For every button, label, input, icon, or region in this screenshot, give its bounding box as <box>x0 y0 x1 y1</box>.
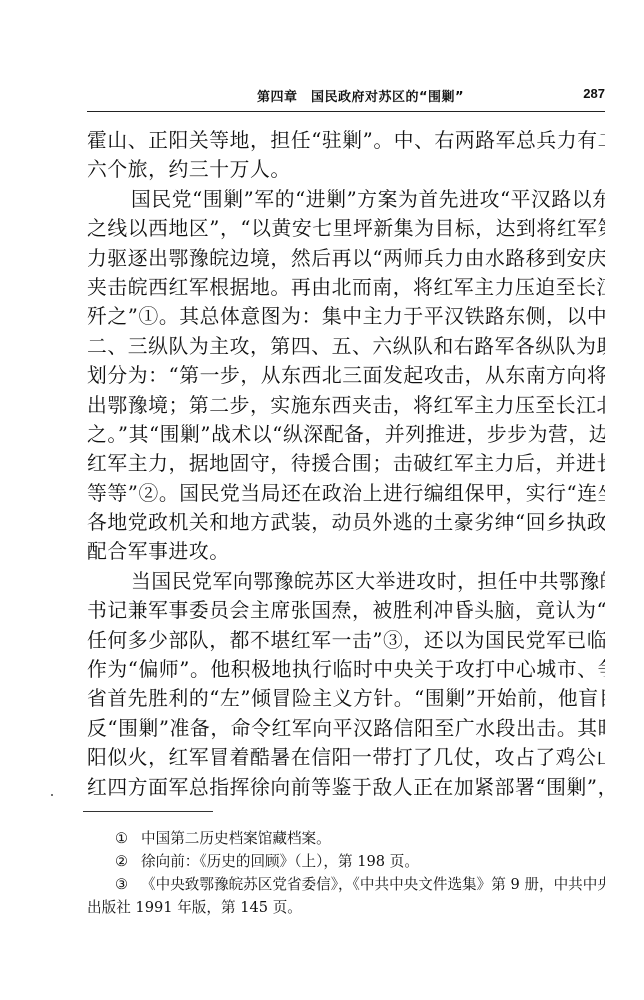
footnote-text: 中国第二历史档案馆藏档案。 <box>141 830 331 847</box>
footnote-rule <box>83 811 213 812</box>
chapter-title: 第四章 国民政府对苏区的“围剿” <box>257 86 464 105</box>
body-line: 省首先胜利的“左”倾冒险主义方针。“围剿”开始前，他盲目轻敌，不做 <box>87 684 605 713</box>
body-line: 歼之”①。其总体意图为：集中主力于平汉铁路东侧，以中路军的第一、 <box>87 302 605 331</box>
footnotes: ①中国第二历史档案馆藏档案。 ②徐向前：《历史的回顾》（上），第 198 页。 … <box>87 827 605 919</box>
body-line: 作为“偏师”。他积极地执行临时中央关于攻打中心城市、争取一省数 <box>87 655 605 684</box>
body-text: 霍山、正阳关等地，担任“驻剿”。中、右两路军总兵力有二十四个师另 六个旅，约三十… <box>87 126 605 802</box>
body-line: 夹击皖西红军根据地。再由北而南，将红军主力压迫至长江北岸聚而 <box>87 273 605 302</box>
body-line: 红军主力，据地固守，待援合围；击破红军主力后，并进长追，四面堵截， <box>87 449 605 478</box>
paragraph-start-line: 国民党“围剿”军的“进剿”方案为首先进攻“平汉路以东，潢川麻城 <box>87 185 605 214</box>
paragraph-start-line: 当国民党军向鄂豫皖苏区大举进攻时，担任中共鄂豫皖中央分局 <box>87 567 605 596</box>
body-line: 力驱逐出鄂豫皖边境，然后再以“两师兵力由水路移到安庆上路，东西 <box>87 244 605 273</box>
footnote-marker: ② <box>115 850 141 873</box>
body-line: 红四方面军总指挥徐向前等鉴于敌人正在加紧部署“围剿”，于 6 月底 <box>87 773 605 802</box>
body-line: 阳似火，红军冒着酷暑在信阳一带打了几仗，攻占了鸡公山，战果不大。 <box>87 743 605 772</box>
body-line: 二、三纵队为主攻，第四、五、六纵队和右路军各纵队为助攻。“围剿”计 <box>87 332 605 361</box>
body-line: 之线以西地区”，“以黄安七里坪新集为目标，达到将红军第四方面军主 <box>87 214 605 243</box>
body-line: 任何多少部队，都不堪红军一击”③，还以为国民党军已临近崩溃，只能 <box>87 626 605 655</box>
body-line: 配合军事进攻。 <box>87 537 605 566</box>
footnote-2: ②徐向前：《历史的回顾》（上），第 198 页。 <box>87 850 605 873</box>
footnote-text: 徐向前：《历史的回顾》（上），第 198 页。 <box>141 853 419 870</box>
body-line: 出鄂豫境；第二步，实施东西夹击，将红军主力压至长江北岸，聚而歼 <box>87 391 605 420</box>
footnote-marker: ① <box>115 827 141 850</box>
body-line: 各地党政机关和地方武装，动员外逃的土豪劣绅“回乡执政”等措施，以 <box>87 508 605 537</box>
body-line: 等等”②。国民党当局还在政治上进行编组保甲，实行“连坐法”，强化 <box>87 479 605 508</box>
footnote-text: 《中央致鄂豫皖苏区党省委信》，《中共中央文件选集》第 9 册，中共中央党校 <box>141 876 605 893</box>
scan-speck <box>51 794 53 796</box>
footnote-3: ③《中央致鄂豫皖苏区党省委信》，《中共中央文件选集》第 9 册，中共中央党校 <box>87 873 605 896</box>
footnote-1: ①中国第二历史档案馆藏档案。 <box>87 827 605 850</box>
running-header: 第四章 国民政府对苏区的“围剿” 287 <box>87 86 605 108</box>
body-line: 反“围剿”准备，命令红军向平汉路信阳至广水段出击。其时值 7 月，骄 <box>87 714 605 743</box>
body-line: 划分为：“第一步，从东西北三面发起攻击，从东南方向将红四方面军驱 <box>87 361 605 390</box>
body-line: 之。”其“围剿”战术以“纵深配备，并列推进，步步为营，边进边剿”，“遇 <box>87 420 605 449</box>
footnote-3-continuation: 出版社 1991 年版，第 145 页。 <box>87 896 605 919</box>
body-line: 霍山、正阳关等地，担任“驻剿”。中、右两路军总兵力有二十四个师另 <box>87 126 605 155</box>
page-number: 287 <box>583 86 605 101</box>
footnote-marker: ③ <box>115 873 141 896</box>
header-rule <box>87 111 605 112</box>
body-line: 书记兼军事委员会主席张国焘，被胜利冲昏头脑，竟认为“国民党动员 <box>87 596 605 625</box>
body-line: 六个旅，约三十万人。 <box>87 155 605 184</box>
